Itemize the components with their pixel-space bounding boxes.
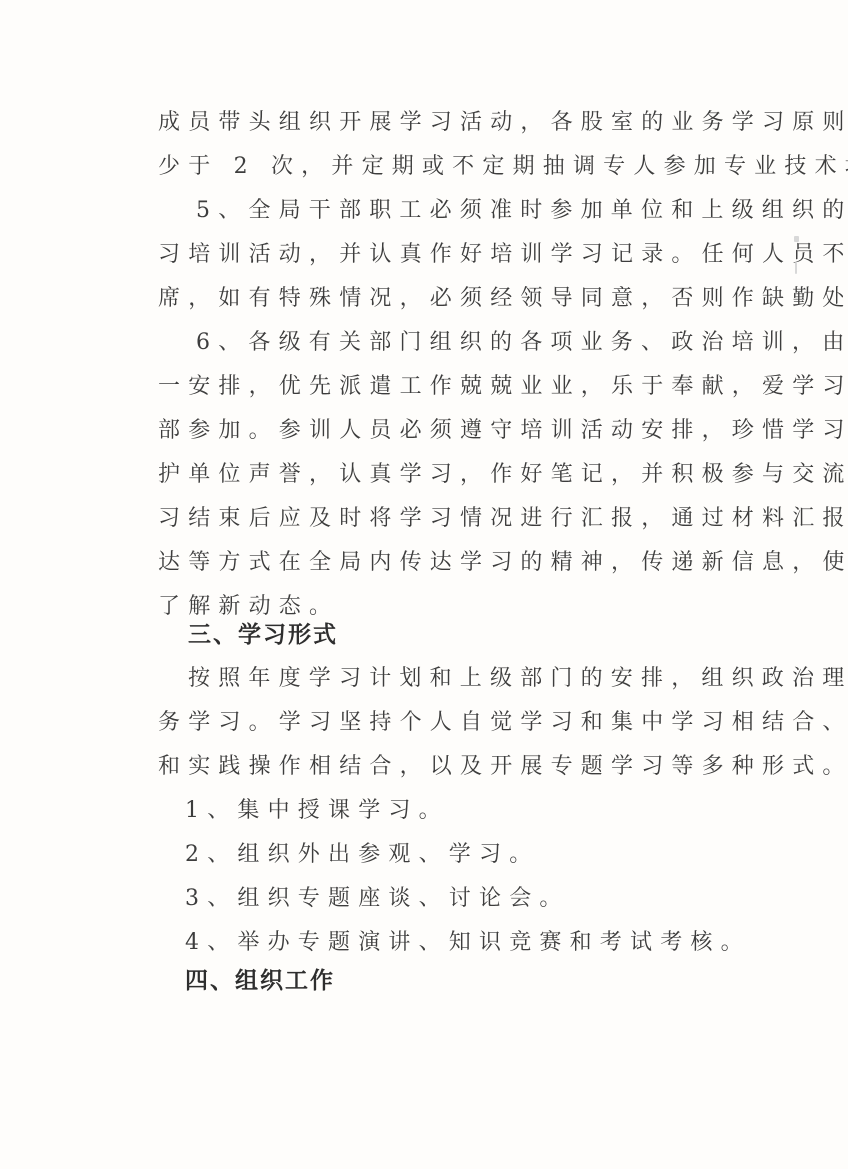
section3-paragraph-line-3: 和实践操作相结合，以及开展专题学习等多种形式。 (158, 752, 848, 782)
text-line-10: 习结束后应及时将学习情况进行汇报，通过材料汇报、会议传 (158, 504, 848, 534)
section-heading-4: 四、组织工作 (185, 966, 335, 996)
text-line-1: 成员带头组织开展学习活动，各股室的业务学习原则上每月不 (158, 108, 848, 138)
scan-speck-mark (795, 262, 797, 274)
section3-paragraph-line-1: 按照年度学习计划和上级部门的安排，组织政治理论和业 (188, 664, 848, 694)
list-item-3: 3、组织专题座谈、讨论会。 (185, 884, 570, 914)
list-item-2: 2、组织外出参观、学习。 (185, 840, 539, 870)
text-line-4: 习培训活动，并认真作好培训学习记录。任何人员不得无故缺 (158, 240, 848, 270)
scan-speck-mark (794, 236, 799, 242)
text-line-2: 少于 2 次，并定期或不定期抽调专人参加专业技术培训。 (158, 152, 848, 182)
section3-paragraph-line-2: 务学习。学习坚持个人自觉学习和集中学习相结合、理论学习 (158, 708, 848, 738)
text-line-5: 席，如有特殊情况，必须经领导同意，否则作缺勤处理。 (158, 284, 848, 314)
text-line-9: 护单位声誉，认真学习，作好笔记，并积极参与交流讨论。学 (158, 460, 848, 490)
text-line-7: 一安排，优先派遣工作兢兢业业，乐于奉献，爱学习的年轻干 (158, 372, 848, 402)
text-line-11: 达等方式在全局内传达学习的精神，传递新信息，使干部职工 (158, 548, 848, 578)
text-line-8: 部参加。参训人员必须遵守培训活动安排，珍惜学习机会，维 (158, 416, 848, 446)
text-line-12: 了解新动态。 (158, 592, 339, 622)
document-page: 成员带头组织开展学习活动，各股室的业务学习原则上每月不 少于 2 次，并定期或不… (0, 0, 848, 1169)
text-line-item-6-start: 6、各级有关部门组织的各项业务、政治培训，由县局统 (196, 328, 848, 358)
list-item-4: 4、举办专题演讲、知识竞赛和考试考核。 (185, 928, 751, 958)
text-line-item-5-start: 5、全局干部职工必须准时参加单位和上级组织的各类学 (196, 196, 848, 226)
list-item-1: 1、集中授课学习。 (185, 796, 449, 826)
section-heading-3: 三、学习形式 (188, 620, 338, 650)
